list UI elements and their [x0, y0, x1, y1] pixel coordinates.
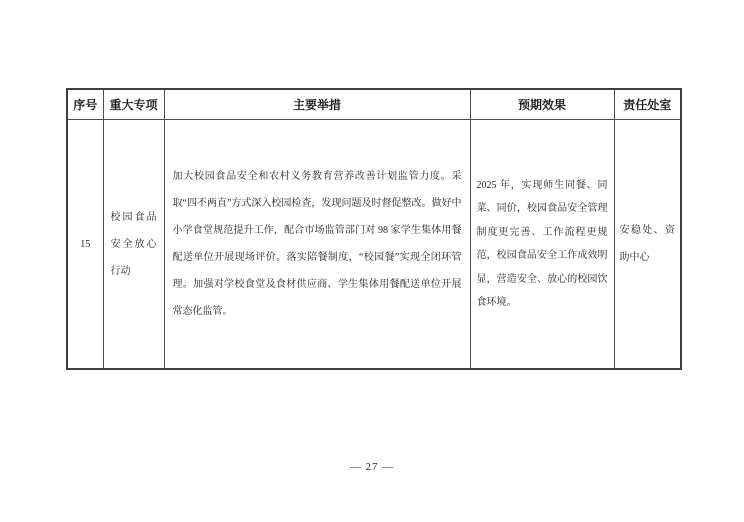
document-page: 序号 重大专项 主要举措 预期效果 责任处室 15 校园食品安全放心行动 加大校…: [0, 0, 744, 522]
col-header-expected-results: 预期效果: [470, 89, 614, 120]
col-header-responsible-office: 责任处室: [614, 89, 681, 120]
table-row: 15 校园食品安全放心行动 加大校园食品安全和农村义务教育营养改善计划监管力度。…: [67, 120, 681, 370]
col-header-main-measures: 主要举措: [164, 89, 470, 120]
cell-serial-number: 15: [67, 120, 103, 370]
major-projects-table: 序号 重大专项 主要举措 预期效果 责任处室 15 校园食品安全放心行动 加大校…: [66, 88, 682, 370]
cell-expected-results: 2025 年，实现师生同餐、同菜、同价，校园食品安全管理制度更完善、工作流程更规…: [470, 120, 614, 370]
cell-main-measures: 加大校园食品安全和农村义务教育营养改善计划监管力度。采取“四不两直”方式深入校园…: [164, 120, 470, 370]
cell-project-name: 校园食品安全放心行动: [103, 120, 164, 370]
col-header-serial-number: 序号: [67, 89, 103, 120]
table-header-row: 序号 重大专项 主要举措 预期效果 责任处室: [67, 89, 681, 120]
page-number: — 27 —: [0, 461, 744, 473]
cell-responsible-office: 安稳处、资助中心: [614, 120, 681, 370]
col-header-major-project: 重大专项: [103, 89, 164, 120]
